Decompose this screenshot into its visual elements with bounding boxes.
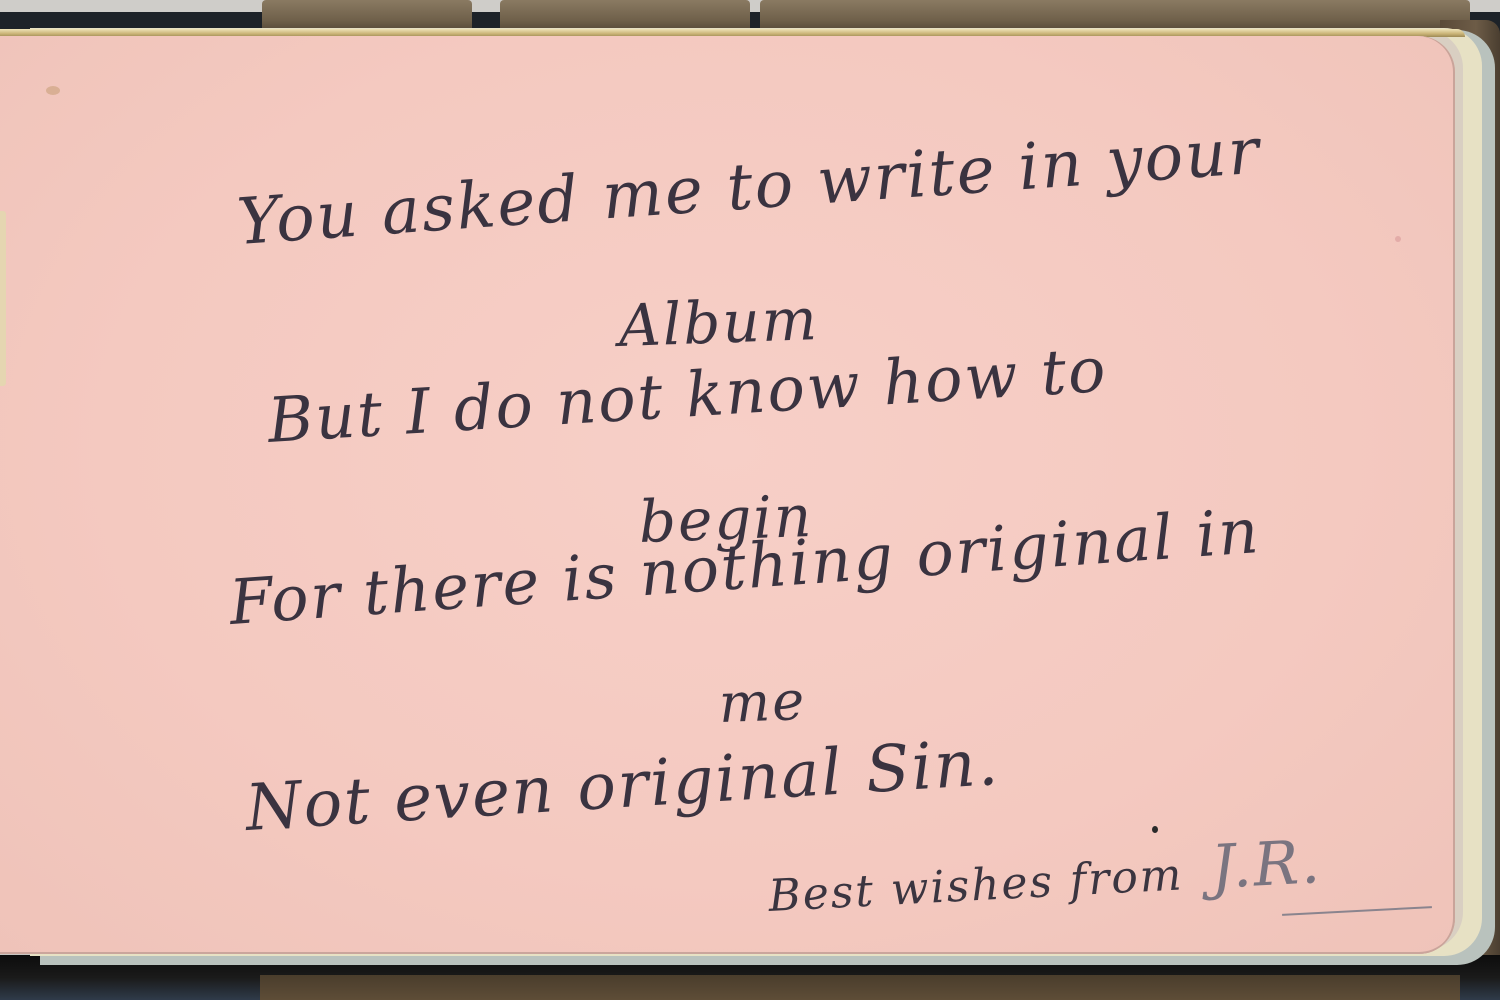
stain: [1395, 236, 1401, 242]
album-scene: You asked me to write in your Album But …: [0, 0, 1500, 1000]
handwritten-line: me: [718, 669, 807, 735]
stain: [46, 86, 60, 95]
binding-tape: [260, 975, 1460, 1000]
page-tab: [0, 211, 6, 386]
signature-initials: J.R.: [1209, 827, 1323, 903]
handwritten-line: Album: [618, 285, 820, 360]
ink-speck: [1152, 826, 1158, 833]
